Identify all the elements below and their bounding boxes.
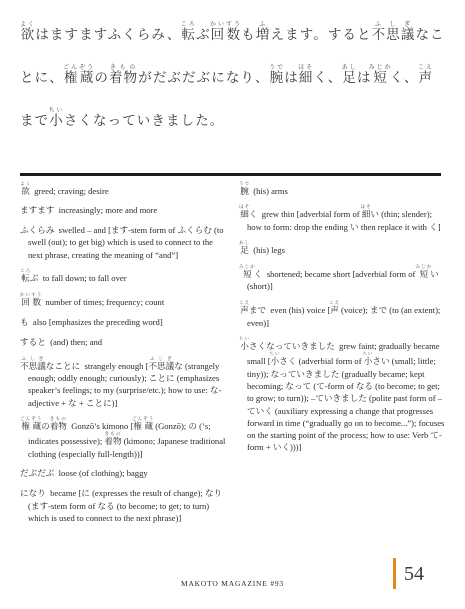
story-line: 欲よくはますますふくらみ、転ころぶ回数かいすうも増ふえます。すると不思議ふしぎな… bbox=[20, 13, 449, 56]
glossary-entry: 細ほそく grew thin [adverbial form of 細ほそい (… bbox=[239, 204, 445, 233]
glossary-entry: 欲よく greed; craving; desire bbox=[20, 181, 226, 197]
page-number-accent-bar bbox=[393, 558, 396, 589]
glossary-entry: 権蔵ごんぞうの着物きもの Gonzō’s kimono [権蔵ごんぞう (Gon… bbox=[20, 416, 226, 460]
glossary-entry: も also [emphasizes the preceding word] bbox=[20, 316, 226, 328]
glossary-right-column: 腕うで (his) arms 細ほそく grew thin [adverbial… bbox=[239, 181, 445, 532]
glossary-entry: 回数かいすう number of times; frequency; count bbox=[20, 292, 226, 308]
glossary-entry: 声こえまで even (his) voice [声こえ (voice); まで … bbox=[239, 300, 445, 329]
story-line: まで小ちいさくなっていきました。 bbox=[20, 99, 449, 142]
glossary-entry: になり became [に (expresses the result of c… bbox=[20, 487, 226, 524]
story-line: とに、権蔵ごんぞうの着物きものがだぶだぶになり、腕うでは細ほそく、足あしは短みじ… bbox=[20, 56, 449, 99]
magazine-page: 欲よくはますますふくらみ、転ころぶ回数かいすうも増ふえます。すると不思議ふしぎな… bbox=[0, 0, 465, 609]
glossary-entry: ますます increasingly; more and more bbox=[20, 204, 226, 216]
page-number-block: 54 bbox=[393, 558, 424, 589]
glossary-entry: 転ころぶ to fall down; to fall over bbox=[20, 268, 226, 284]
glossary-entry: 足あし (his) legs bbox=[239, 240, 445, 256]
glossary-entry: 小ちいさくなっていきました grew faint; gradually beca… bbox=[239, 336, 445, 453]
glossary-entry: 不思議ふしぎなことに strangely enough [不思議ふしぎな (st… bbox=[20, 356, 226, 409]
glossary-entry: 短みじかく shortened; became short [adverbial… bbox=[239, 264, 445, 293]
glossary-entry: ふくらみ swelled – and [ます-stem form of ふくらむ… bbox=[20, 224, 226, 261]
page-number: 54 bbox=[404, 564, 424, 584]
glossary-left-column: 欲よく greed; craving; desire ますます increasi… bbox=[20, 181, 226, 532]
glossary-entry: 腕うで (his) arms bbox=[239, 181, 445, 197]
glossary-entry: すると (and) then; and bbox=[20, 336, 226, 348]
glossary: 欲よく greed; craving; desire ますます increasi… bbox=[0, 176, 465, 532]
story-text: 欲よくはますますふくらみ、転ころぶ回数かいすうも増ふえます。すると不思議ふしぎな… bbox=[0, 0, 465, 142]
glossary-entry: だぶだぶ loose (of clothing); baggy bbox=[20, 467, 226, 479]
